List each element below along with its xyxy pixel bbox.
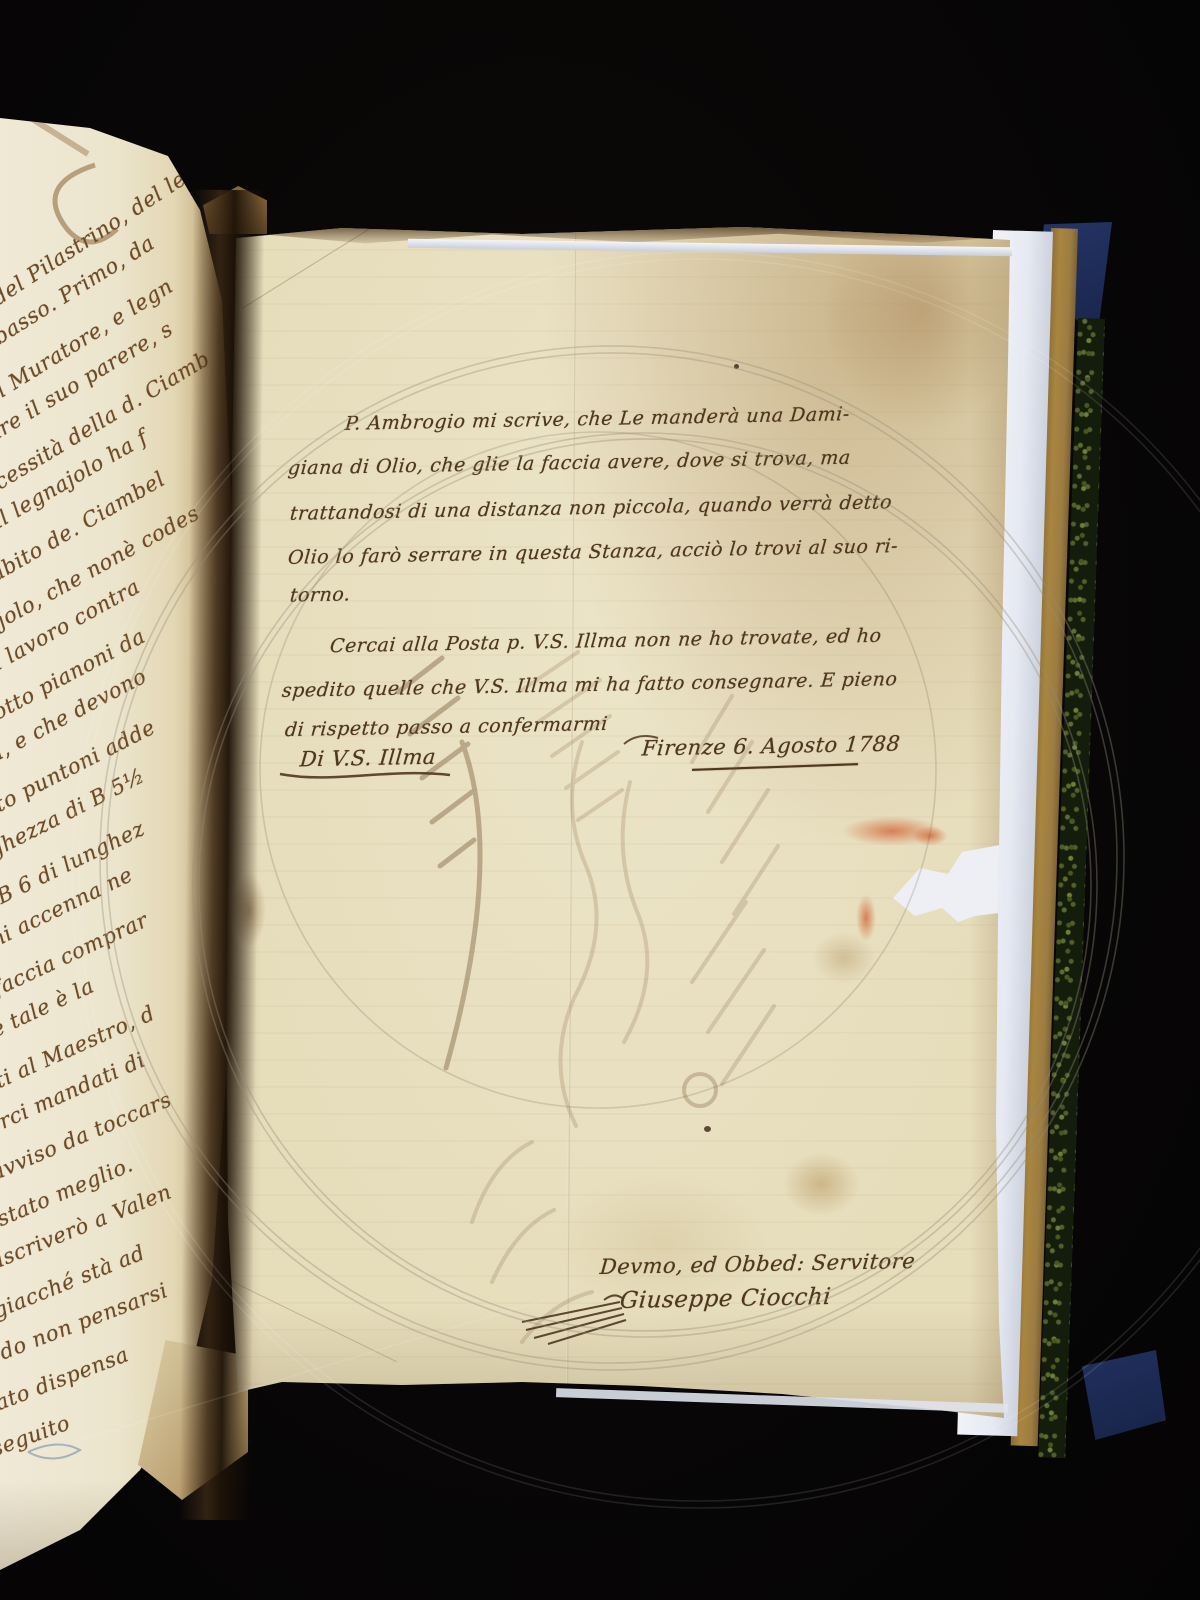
left-page-text-line: ia, e che devono <box>0 664 151 771</box>
left-page-text-line: otto pianoni da <box>0 624 149 725</box>
photo-black-background: del Pilastrino, del legn abasso. Primo, … <box>0 0 1200 1600</box>
left-page-text-line: seguito <box>0 1411 73 1462</box>
left-page-text-line: jolo, che nonè codes <box>0 501 203 633</box>
left-page-text-line: odo non pensarsi <box>0 1278 171 1369</box>
left-page-text-line: ti al Maestro, d <box>0 1001 158 1093</box>
left-page-text-line: mi accenna ne <box>0 862 137 954</box>
left-page-text-line: orci mandati di <box>0 1048 149 1139</box>
left-page-text-line: l'iscriverò a Valen <box>0 1180 175 1278</box>
left-page-text-line: faccia comprar <box>0 908 152 1001</box>
cover-corner-navy-bottom <box>1082 1350 1166 1440</box>
left-page-text-line: del Pilastrino, del legn <box>0 151 214 310</box>
left-page-text-line: stato meglio. <box>0 1152 137 1231</box>
left-page-text-line: ato dispensa <box>0 1342 132 1415</box>
left-page-text-line: giacché stà ad <box>0 1240 148 1323</box>
left-page-text-line: B 6 di lunghez <box>0 816 149 908</box>
left-page-text-line: il lavoro contra <box>0 574 144 678</box>
left-page-text-line: l Muratore, e legn <box>0 274 177 402</box>
left-page-text-line: se tale è la <box>0 973 98 1046</box>
left-page-text-line: avviso da toccars <box>0 1087 175 1185</box>
left-page-text-line: cessità della d. Ciamb <box>0 346 214 494</box>
book-gutter-shadow <box>179 190 265 1521</box>
left-page-text-line: to puntoni adde <box>0 715 159 817</box>
left-page-text-line: ghezza di B 5½ <box>0 763 149 862</box>
left-page-text-line: abito de. Ciambel <box>0 467 169 587</box>
signature-flourish <box>222 222 1017 1427</box>
left-page-text-line: abasso. Primo, da <box>0 231 159 357</box>
left-page-text-line: , il legnajolo ha f <box>0 425 152 540</box>
left-page-text-line: tire il suo parere, s <box>0 317 177 449</box>
letter-page: P. Ambrogio mi scrive, che Le manderà un… <box>222 222 1017 1427</box>
